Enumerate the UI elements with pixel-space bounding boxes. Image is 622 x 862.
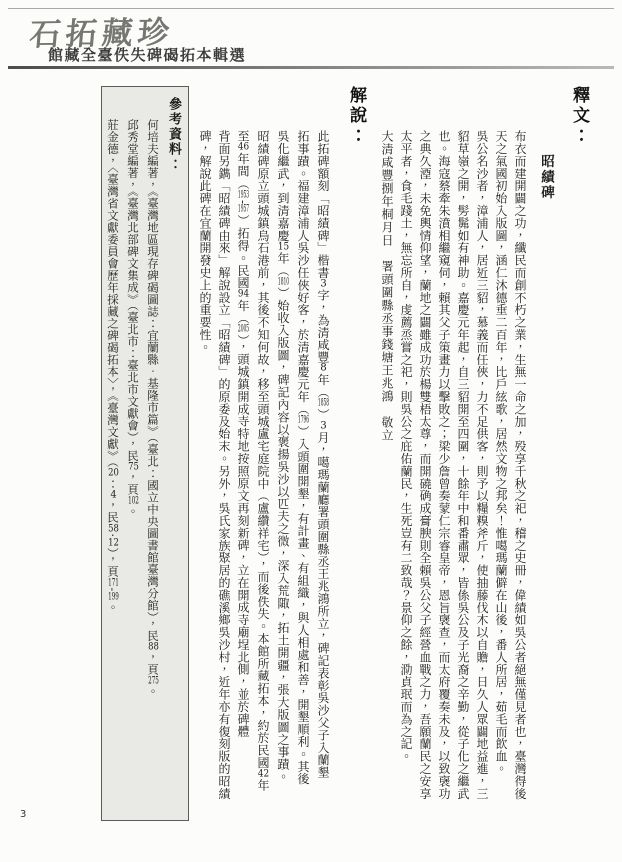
commentary-column: 至46年間（1953-1957）拓得。民國94年（2005），頭城鎮開成寺特地按… xyxy=(233,86,253,826)
transcription-column: 天之氣國初始入版圖，涵仁沐德垂二百年，比戶絃歌，居然文物之邦矣！惟噶瑪蘭僻在山後… xyxy=(491,86,510,826)
book-subtitle: 館藏全臺佚失碑碣拓本輯選 xyxy=(48,44,246,65)
transcription-column: 吳公名沙者，漳浦人，居近三貂，慕義而任俠，力不足供客，則予以糧糗斧斤，使抽藤伐木… xyxy=(472,86,491,826)
page-number: 3 xyxy=(20,809,26,820)
commentary-column: 昭績碑原立頭城鎮烏石港前，其後不知何故，移至頭城盧宅庭院中（盧纘祥宅），而後佚失… xyxy=(253,86,273,826)
references-box: 參考資料： 何培夫編著，《臺灣地區現存碑碣圖誌：宜蘭縣．基隆市篇》（臺北：國立中… xyxy=(101,86,189,821)
transcription-section: 釋文： 昭績碑 布衣而建開闢之功，纖民而創不朽之業，生無一命之加，殁享千秋之祀，… xyxy=(377,86,592,826)
transcription-column: 貂草嶺之開，髣髴如有神助。嘉慶元年起，自三貂開至四圍，十餘年中和番肅眾，皆係吳公… xyxy=(453,86,472,826)
commentary-column: 吳化繼武，到清嘉慶15年（1810）始收入版圖，碑記內容以褒揚吳沙以匹夫之微，深… xyxy=(273,86,293,826)
transcription-column: 太平者，食毛踐土，無忘所自，虔薦烝嘗之祀，則吳公之庇佑蘭民，生死豈有二致哉？景仰… xyxy=(396,86,415,826)
header-rule xyxy=(8,66,614,69)
transcription-column: 也。海寇蔡牽朱濆相繼窺伺，賴其父子策畫力以擊敗之；梁少詹曾奏蒙仁宗睿皇帝，恩旨襃… xyxy=(434,86,453,826)
commentary-column: 拓事蹟。福建漳浦人吳沙任俠好客，於清嘉慶元年（1796）入頭圍開墾，有計畫、有組… xyxy=(293,86,313,826)
section-title-transcription: 釋文： xyxy=(566,86,592,826)
main-content: 釋文： 昭績碑 布衣而建開闢之功，纖民而創不朽之業，生無一命之加，殁享千秋之祀，… xyxy=(99,86,600,826)
references-title: 參考資料： xyxy=(163,93,184,814)
commentary-column: 碑，解說此碑在宜蘭開發史上的重要性。 xyxy=(195,86,214,826)
book-page: 石拓藏珍 館藏全臺佚失碑碣拓本輯選 釋文： 昭績碑 布衣而建開闢之功，纖民而創不… xyxy=(0,0,622,862)
transcription-column: 之典久湮，未免輿情仰望，蘭地之闢雖成功於楊雙梧太尊，而開磽确成膏腴則全賴吳公父子… xyxy=(415,86,434,826)
commentary-column: 此拓碑額刻「昭績碑」楷書3字，為清咸豐8年（1858）3月，噶瑪蘭廳署頭圍縣丞王… xyxy=(313,86,333,826)
reference-item: 邱秀堂編著，《臺灣北部碑文集成》（臺北市：臺北市文獻會），民75，頁102。 xyxy=(123,93,143,814)
commentary-section: 解說： 此拓碑額刻「昭績碑」楷書3字，為清咸豐8年（1858）3月，噶瑪蘭廳署頭… xyxy=(195,86,369,826)
commentary-column: 背面另鐫「昭績碑由來」解說設立「昭績碑」的原委及始末。另外，吳氏家族聚居的礁溪鄉… xyxy=(214,86,233,826)
reference-item: 莊金德，〈臺灣省文獻委員會歷年採藏之碑碣拓本〉，《臺灣文獻》（20：4，民58·… xyxy=(103,93,123,814)
stele-signature-column: 大清咸豐捌年桐月日 署頭圍縣丞事錢塘王兆鴻 敬立 xyxy=(377,86,396,826)
section-title-commentary: 解說： xyxy=(343,86,369,826)
transcription-column: 布衣而建開闢之功，纖民而創不朽之業，生無一命之加，殁享千秋之祀，稽之史冊，偉績如… xyxy=(510,86,529,826)
stele-title: 昭績碑 xyxy=(535,86,556,826)
reference-item: 何培夫編著，《臺灣地區現存碑碣圖誌：宜蘭縣．基隆市篇》（臺北：國立中央圖書館臺灣… xyxy=(143,93,163,814)
